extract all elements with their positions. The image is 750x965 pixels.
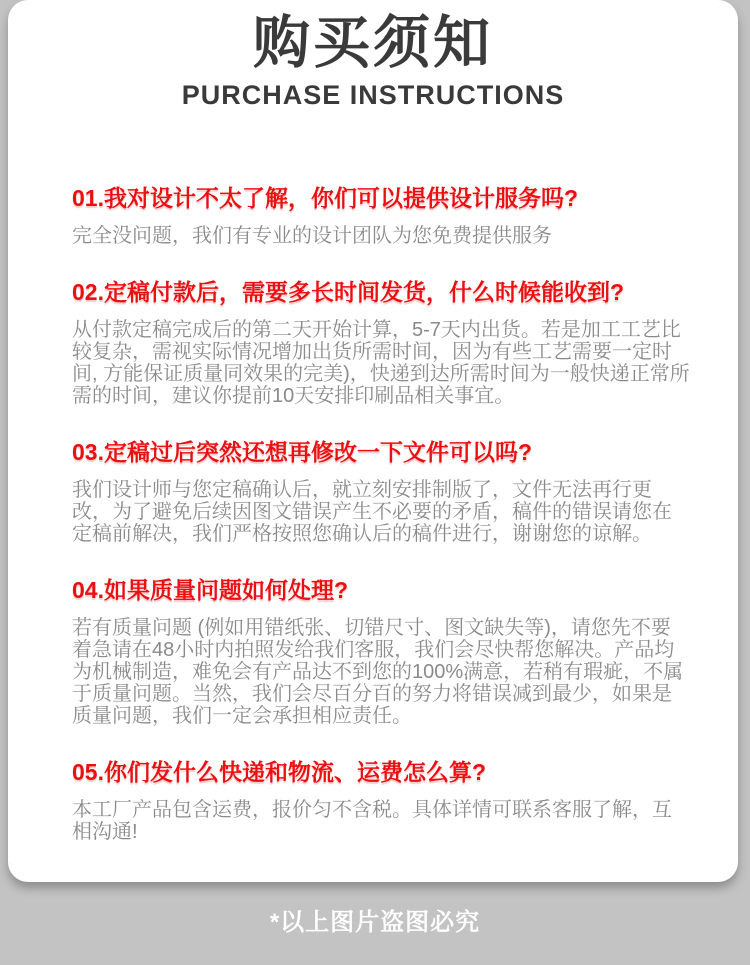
page-title: 购买须知 bbox=[8, 12, 738, 76]
faq-item: 02.定稿付款后，需要多长时间发货，什么时候能收到? 从付款定稿完成后的第二天开… bbox=[72, 279, 690, 407]
faq-question: 03.定稿过后突然还想再修改一下文件可以吗? bbox=[72, 439, 690, 465]
faq-list: 01.我对设计不太了解，你们可以提供设计服务吗? 完全没问题，我们有专业的设计团… bbox=[8, 185, 738, 843]
faq-answer: 我们设计师与您定稿确认后，就立刻安排制版了，文件无法再行更改，为了避免后续因图文… bbox=[72, 479, 690, 545]
faq-question: 05.你们发什么快递和物流、运费怎么算? bbox=[72, 759, 690, 785]
faq-question: 01.我对设计不太了解，你们可以提供设计服务吗? bbox=[72, 185, 690, 211]
faq-answer: 本工厂产品包含运费，报价匀不含税。具体详情可联系客服了解，互相沟通! bbox=[72, 799, 690, 843]
faq-item: 04.如果质量问题如何处理? 若有质量问题 (例如用错纸张、切错尺寸、图文缺失等… bbox=[72, 577, 690, 727]
faq-answer: 从付款定稿完成后的第二天开始计算，5-7天内出货。若是加工工艺比较复杂，需视实际… bbox=[72, 319, 690, 407]
header: 购买须知 PURCHASE INSTRUCTIONS bbox=[8, 0, 738, 111]
purchase-instructions-card: 购买须知 PURCHASE INSTRUCTIONS 01.我对设计不太了解，你… bbox=[8, 0, 738, 882]
footer: *以上图片盗图必究 bbox=[0, 902, 750, 937]
faq-question: 02.定稿付款后，需要多长时间发货，什么时候能收到? bbox=[72, 279, 690, 305]
anti-theft-notice: *以上图片盗图必究 bbox=[270, 909, 480, 936]
faq-answer: 若有质量问题 (例如用错纸张、切错尺寸、图文缺失等)，请您先不要着急请在48小时… bbox=[72, 617, 690, 727]
faq-question: 04.如果质量问题如何处理? bbox=[72, 577, 690, 603]
faq-answer: 完全没问题，我们有专业的设计团队为您免费提供服务 bbox=[72, 225, 690, 247]
page-subtitle: PURCHASE INSTRUCTIONS bbox=[8, 80, 738, 111]
faq-item: 01.我对设计不太了解，你们可以提供设计服务吗? 完全没问题，我们有专业的设计团… bbox=[72, 185, 690, 247]
faq-item: 03.定稿过后突然还想再修改一下文件可以吗? 我们设计师与您定稿确认后，就立刻安… bbox=[72, 439, 690, 545]
faq-item: 05.你们发什么快递和物流、运费怎么算? 本工厂产品包含运费，报价匀不含税。具体… bbox=[72, 759, 690, 843]
